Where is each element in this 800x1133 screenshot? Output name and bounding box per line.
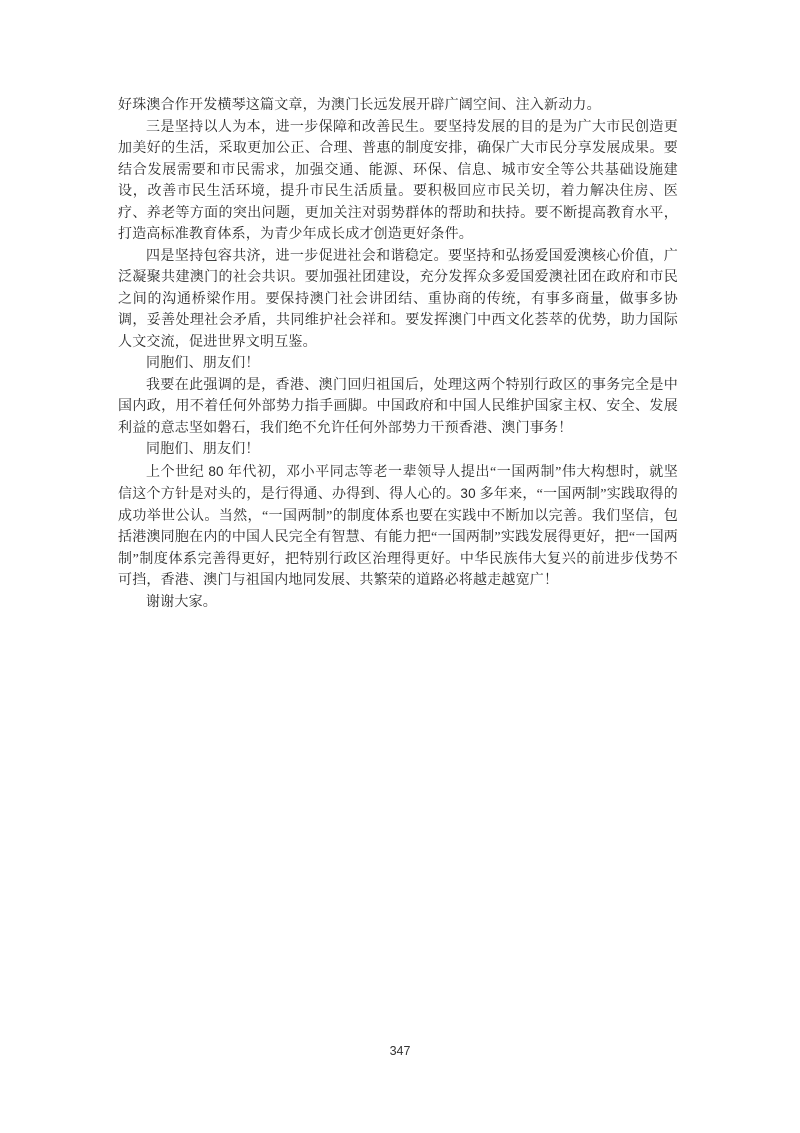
paragraph: 好珠澳合作开发横琴这篇文章，为澳门长远发展开辟广阔空间、注入新动力。 — [118, 95, 678, 117]
latin-numeral: 80 — [208, 464, 223, 479]
document-body: 好珠澳合作开发横琴这篇文章，为澳门长远发展开辟广阔空间、注入新动力。三是坚持以人… — [118, 95, 678, 613]
paragraph: 三是坚持以人为本，进一步保障和改善民生。要坚持发展的目的是为广大市民创造更加美好… — [118, 117, 678, 246]
paragraph: 四是坚持包容共济，进一步促进社会和谐稳定。要坚持和弘扬爱国爱澳核心价值，广泛凝聚… — [118, 246, 678, 354]
paragraph: 同胞们、朋友们！ — [118, 439, 678, 461]
paragraph: 我要在此强调的是，香港、澳门回归祖国后，处理这两个特别行政区的事务完全是中国内政… — [118, 375, 678, 440]
page-number: 347 — [0, 1044, 800, 1058]
latin-numeral: 30 — [460, 486, 475, 501]
paragraph: 同胞们、朋友们！ — [118, 353, 678, 375]
document-page: 好珠澳合作开发横琴这篇文章，为澳门长远发展开辟广阔空间、注入新动力。三是坚持以人… — [0, 0, 800, 1133]
paragraph: 谢谢大家。 — [118, 592, 678, 614]
paragraph: 上个世纪 80 年代初，邓小平同志等老一辈领导人提出“一国两制”伟大构想时，就坚… — [118, 461, 678, 592]
